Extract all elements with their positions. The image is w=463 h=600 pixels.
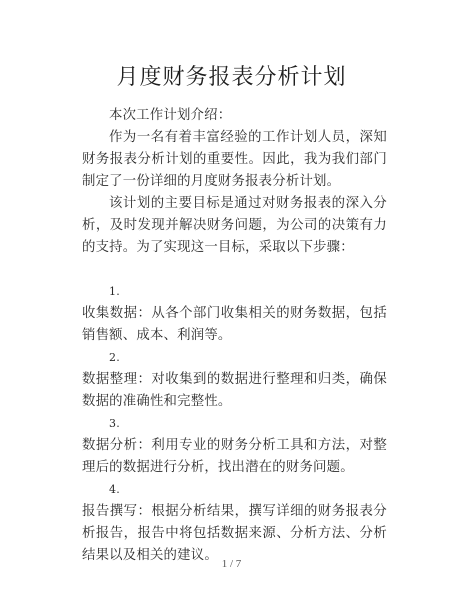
page-indicator: 1 / 7 bbox=[0, 558, 463, 570]
step-number: 4. bbox=[82, 479, 387, 501]
paragraph: 作为一名有着丰富经验的工作计划人员，深知财务报表分析计划的重要性。因此，我为我们… bbox=[82, 127, 387, 193]
step-text: 数据整理：对收集到的数据进行整理和归类，确保数据的准确性和完整性。 bbox=[82, 369, 387, 413]
list-item: 4. 报告撰写：根据分析结果，撰写详细的财务报表分析报告，报告中将包括数据来源、… bbox=[82, 479, 387, 567]
document-page: 月度财务报表分析计划 本次工作计划介绍： 作为一名有着丰富经验的工作计划人员，深… bbox=[0, 0, 463, 600]
document-body: 本次工作计划介绍： 作为一名有着丰富经验的工作计划人员，深知财务报表分析计划的重… bbox=[82, 105, 387, 567]
list-item: 2. 数据整理：对收集到的数据进行整理和归类，确保数据的准确性和完整性。 bbox=[82, 347, 387, 413]
paragraph: 该计划的主要目标是通过对财务报表的深入分析，及时发现并解决财务问题，为公司的决策… bbox=[82, 193, 387, 259]
step-number: 3. bbox=[82, 413, 387, 435]
intro-heading: 本次工作计划介绍： bbox=[82, 105, 387, 127]
spacer bbox=[82, 259, 387, 281]
step-text: 收集数据：从各个部门收集相关的财务数据，包括销售额、成本、利润等。 bbox=[82, 303, 387, 347]
list-item: 1. 收集数据：从各个部门收集相关的财务数据，包括销售额、成本、利润等。 bbox=[82, 281, 387, 347]
step-number: 2. bbox=[82, 347, 387, 369]
step-text: 数据分析：利用专业的财务分析工具和方法，对整理后的数据进行分析，找出潜在的财务问… bbox=[82, 435, 387, 479]
step-number: 1. bbox=[82, 281, 387, 303]
document-title: 月度财务报表分析计划 bbox=[0, 60, 463, 91]
list-item: 3. 数据分析：利用专业的财务分析工具和方法，对整理后的数据进行分析，找出潜在的… bbox=[82, 413, 387, 479]
steps-list: 1. 收集数据：从各个部门收集相关的财务数据，包括销售额、成本、利润等。 2. … bbox=[82, 281, 387, 567]
